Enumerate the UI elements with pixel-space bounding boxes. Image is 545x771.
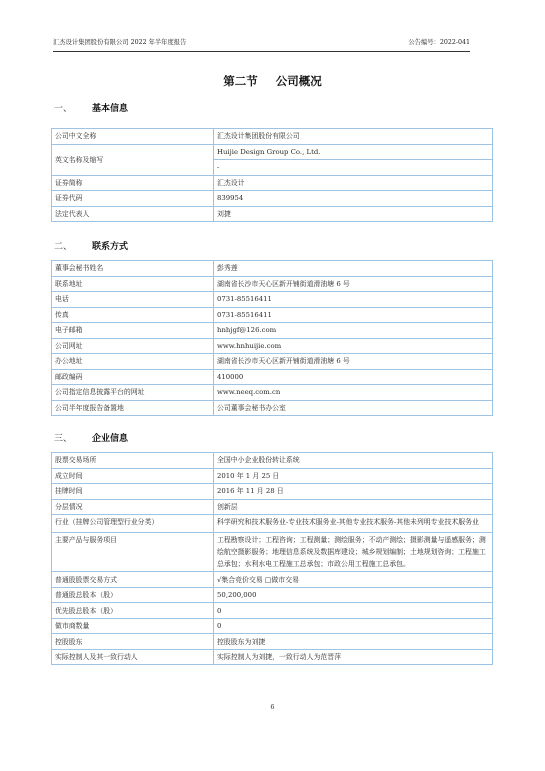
row-value: www.neeq.com.cn <box>214 385 493 401</box>
table-row: 公司网址www.hnhuijie.com <box>52 338 493 354</box>
table-row: 成立时间2010 年 1 月 25 日 <box>52 468 493 484</box>
row-label: 公司指定信息披露平台的网址 <box>52 385 214 401</box>
row-label: 主要产品与服务项目 <box>52 532 214 572</box>
row-label: 股票交易场所 <box>52 453 214 469</box>
row-label: 行业（挂牌公司管理型行业分类） <box>52 515 214 533</box>
value-code: 839954 <box>214 191 493 207</box>
basic-info-table: 公司中文全称 汇杰设计集团股份有限公司 英文名称及缩写 Huijie Desig… <box>51 128 493 222</box>
table-row: 行业（挂牌公司管理型行业分类）科学研究和技术服务业-专业技术服务业-其他专业技术… <box>52 515 493 533</box>
table-row: 邮政编码410000 <box>52 369 493 385</box>
row-value: 实际控制人为刘捷，一致行动人为范晋萍 <box>214 649 493 665</box>
contact-table: 董事会秘书姓名彭秀莲 联系地址湖南省长沙市天心区新开铺街道滑油塘 6 号 电话0… <box>51 260 493 416</box>
value-en-abbr: - <box>214 160 493 176</box>
heading-index: 一、 <box>54 103 92 115</box>
table-row: 英文名称及缩写 Huijie Design Group Co., Ltd. <box>52 144 493 160</box>
table-row: 电话0731-85516411 <box>52 292 493 308</box>
heading-text: 基本信息 <box>92 104 128 114</box>
label-short-name: 证券简称 <box>52 175 214 191</box>
row-label: 公司网址 <box>52 338 214 354</box>
heading-basic-info: 一、基本信息 <box>54 103 128 115</box>
table-row: 联系地址湖南省长沙市天心区新开铺街道滑油塘 6 号 <box>52 276 493 292</box>
row-value: hnhjgf@126.com <box>214 323 493 339</box>
table-row: 证券简称 汇杰设计 <box>52 175 493 191</box>
row-label: 邮政编码 <box>52 369 214 385</box>
row-label: 电子邮箱 <box>52 323 214 339</box>
table-row: 法定代表人 刘捷 <box>52 206 493 222</box>
row-label: 电话 <box>52 292 214 308</box>
table-row: 主要产品与服务项目工程勘察设计；工程咨询；工程测量；测绘服务；不动产测绘；摄影测… <box>52 532 493 572</box>
row-value: 0 <box>214 603 493 619</box>
header-announcement-number: 公告编号：2022-041 <box>408 38 470 51</box>
row-value: 全国中小企业股份转让系统 <box>214 453 493 469</box>
row-label: 联系地址 <box>52 276 214 292</box>
table-row: 公司半年度报告备置地公司董事会秘书办公室 <box>52 400 493 416</box>
heading-text: 联系方式 <box>92 242 128 252</box>
row-label: 董事会秘书姓名 <box>52 261 214 277</box>
row-value: 湖南省长沙市天心区新开铺街道滑油塘 6 号 <box>214 276 493 292</box>
table-row: 普通股总股本（股）50,200,000 <box>52 587 493 603</box>
row-value: 工程勘察设计；工程咨询；工程测量；测绘服务；不动产测绘；摄影测量与遥感服务；测绘… <box>214 532 493 572</box>
row-label: 普通股股票交易方式 <box>52 572 214 588</box>
table-row: 证券代码 839954 <box>52 191 493 207</box>
label-legal-rep: 法定代表人 <box>52 206 214 222</box>
row-value: 0731-85516411 <box>214 307 493 323</box>
label-cn-name: 公司中文全称 <box>52 129 214 145</box>
enterprise-table: 股票交易场所全国中小企业股份转让系统 成立时间2010 年 1 月 25 日 挂… <box>51 452 493 665</box>
label-code: 证券代码 <box>52 191 214 207</box>
table-row: 传真0731-85516411 <box>52 307 493 323</box>
table-row: 优先股总股本（股）0 <box>52 603 493 619</box>
section-title: 第二节公司概况 <box>0 74 545 88</box>
section-number: 第二节 <box>223 74 258 88</box>
value-short-name: 汇杰设计 <box>214 175 493 191</box>
row-value: 0 <box>214 618 493 634</box>
table-row: 控股股东控股股东为刘捷 <box>52 634 493 650</box>
value-cn-name: 汇杰设计集团股份有限公司 <box>214 129 493 145</box>
row-label: 公司半年度报告备置地 <box>52 400 214 416</box>
value-en-name: Huijie Design Group Co., Ltd. <box>214 144 493 160</box>
row-label: 优先股总股本（股） <box>52 603 214 619</box>
row-label: 传真 <box>52 307 214 323</box>
table-row: 公司中文全称 汇杰设计集团股份有限公司 <box>52 129 493 145</box>
table-row: 电子邮箱hnhjgf@126.com <box>52 323 493 339</box>
row-value: √集合竞价交易 □做市交易 <box>214 572 493 588</box>
row-value: 50,200,000 <box>214 587 493 603</box>
table-row: 挂牌时间2016 年 11 月 28 日 <box>52 484 493 500</box>
row-value: 0731-85516411 <box>214 292 493 308</box>
table-row: 董事会秘书姓名彭秀莲 <box>52 261 493 277</box>
row-label: 办公地址 <box>52 354 214 370</box>
heading-contact: 二、联系方式 <box>54 241 128 253</box>
row-label: 做市商数量 <box>52 618 214 634</box>
page-header: 汇杰设计集团股份有限公司 2022 年半年度报告 公告编号：2022-041 <box>53 38 470 52</box>
row-label: 成立时间 <box>52 468 214 484</box>
row-value: www.hnhuijie.com <box>214 338 493 354</box>
row-label: 分层情况 <box>52 499 214 515</box>
heading-enterprise: 三、企业信息 <box>54 433 128 445</box>
row-label: 控股股东 <box>52 634 214 650</box>
row-value: 控股股东为刘捷 <box>214 634 493 650</box>
table-row: 分层情况创新层 <box>52 499 493 515</box>
table-row: 做市商数量0 <box>52 618 493 634</box>
heading-index: 三、 <box>54 433 92 445</box>
row-label: 普通股总股本（股） <box>52 587 214 603</box>
header-report-title: 汇杰设计集团股份有限公司 2022 年半年度报告 <box>53 38 186 51</box>
table-row: 办公地址湖南省长沙市天心区新开铺街道滑油塘 6 号 <box>52 354 493 370</box>
row-value: 湖南省长沙市天心区新开铺街道滑油塘 6 号 <box>214 354 493 370</box>
row-value: 公司董事会秘书办公室 <box>214 400 493 416</box>
row-value: 2016 年 11 月 28 日 <box>214 484 493 500</box>
row-label: 实际控制人及其一致行动人 <box>52 649 214 665</box>
table-row: 普通股股票交易方式√集合竞价交易 □做市交易 <box>52 572 493 588</box>
row-value: 2010 年 1 月 25 日 <box>214 468 493 484</box>
row-label: 挂牌时间 <box>52 484 214 500</box>
row-value: 创新层 <box>214 499 493 515</box>
value-legal-rep: 刘捷 <box>214 206 493 222</box>
page-number: 6 <box>0 703 545 711</box>
section-name: 公司概况 <box>276 74 322 88</box>
row-value: 科学研究和技术服务业-专业技术服务业-其他专业技术服务-其他未列明专业技术服务业 <box>214 515 493 533</box>
label-en-name: 英文名称及缩写 <box>52 144 214 175</box>
heading-index: 二、 <box>54 241 92 253</box>
table-row: 实际控制人及其一致行动人实际控制人为刘捷，一致行动人为范晋萍 <box>52 649 493 665</box>
row-value: 410000 <box>214 369 493 385</box>
heading-text: 企业信息 <box>92 434 128 444</box>
table-row: 公司指定信息披露平台的网址www.neeq.com.cn <box>52 385 493 401</box>
row-value: 彭秀莲 <box>214 261 493 277</box>
table-row: 股票交易场所全国中小企业股份转让系统 <box>52 453 493 469</box>
